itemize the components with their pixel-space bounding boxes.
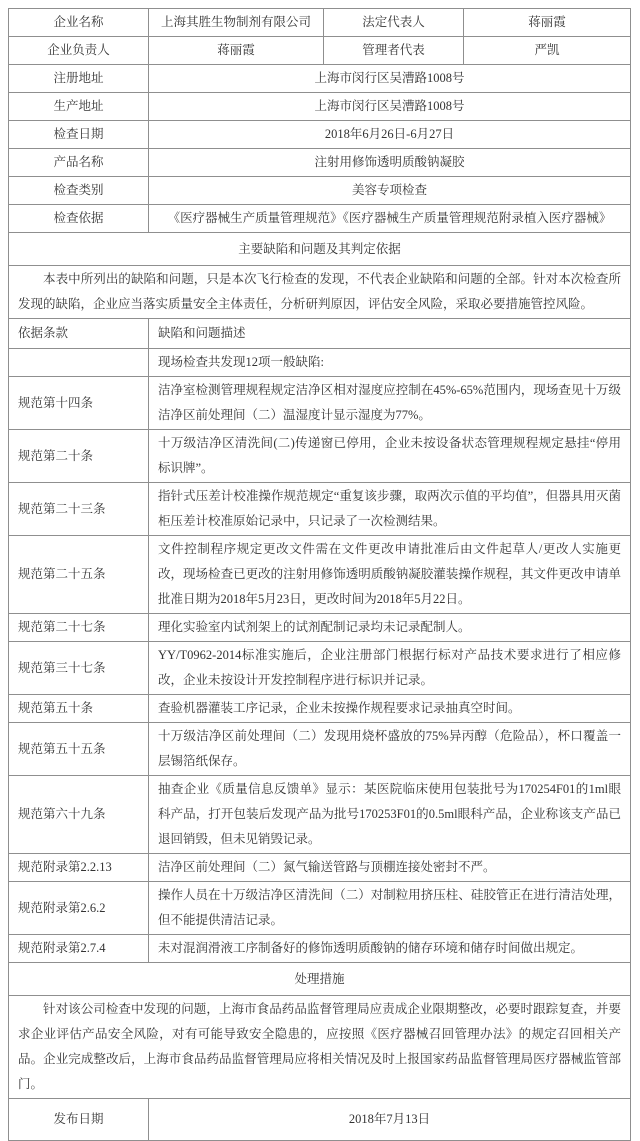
table-row-defects-intro: 本表中所列出的缺陷和问题，只是本次飞行检查的发现，不代表企业缺陷和问题的全部。针… xyxy=(9,266,631,319)
clause-column-header: 依据条款 xyxy=(9,319,149,349)
product-name-label: 产品名称 xyxy=(9,149,149,177)
defect-row: 规范第二十七条 理化实验室内试剂架上的试剂配制记录均未记录配制人。 xyxy=(9,614,631,642)
defect-row: 规范第五十五条 十万级洁净区前处理间（二）发现用烧杯盛放的75%异丙醇（危险品）… xyxy=(9,723,631,776)
defect-row: 规范附录第2.2.13 洁净区前处理间（二）氮气输送管路与顶棚连接处密封不严。 xyxy=(9,854,631,882)
legal-representative-value: 蒋丽霞 xyxy=(464,9,631,37)
defect-clause: 规范第二十七条 xyxy=(9,614,149,642)
defect-row: 规范第二十条 十万级洁净区清洗间(二)传递窗已停用，企业未按设备状态管理规程规定… xyxy=(9,430,631,483)
inspection-date-label: 检查日期 xyxy=(9,121,149,149)
release-date-value: 2018年7月13日 xyxy=(149,1099,631,1141)
defect-clause: 规范附录第2.7.4 xyxy=(9,935,149,963)
defect-description: 洁净室检测管理规程规定洁净区相对湿度应控制在45%-65%范围内，现场查见十万级… xyxy=(149,377,631,430)
defect-clause: 规范第三十七条 xyxy=(9,642,149,695)
measures-section-title: 处理措施 xyxy=(9,963,631,996)
defect-row: 规范第五十条 查验机器灌装工序记录，企业未按操作规程要求记录抽真空时间。 xyxy=(9,695,631,723)
defect-description: 理化实验室内试剂架上的试剂配制记录均未记录配制人。 xyxy=(149,614,631,642)
table-row-product-name: 产品名称 注射用修饰透明质酸钠凝胶 xyxy=(9,149,631,177)
inspection-basis-label: 检查依据 xyxy=(9,205,149,233)
company-name-label: 企业名称 xyxy=(9,9,149,37)
defect-row: 规范第二十五条 文件控制程序规定更改文件需在文件更改申请批准后由文件起草人/更改… xyxy=(9,536,631,614)
defect-description: 未对混润滑液工序制备好的修饰透明质酸钠的储存环境和储存时间做出规定。 xyxy=(149,935,631,963)
defect-description: 文件控制程序规定更改文件需在文件更改申请批准后由文件起草人/更改人实施更改，现场… xyxy=(149,536,631,614)
defects-summary: 现场检查共发现12项一般缺陷: xyxy=(149,349,631,377)
defect-row: 规范第二十三条 指针式压差计校准操作规范规定“重复该步骤，取两次示值的平均值”，… xyxy=(9,483,631,536)
defect-row: 规范附录第2.7.4 未对混润滑液工序制备好的修饰透明质酸钠的储存环境和储存时间… xyxy=(9,935,631,963)
production-address-value: 上海市闵行区吴漕路1008号 xyxy=(149,93,631,121)
defect-row: 规范第三十七条 YY/T0962-2014标准实施后，企业注册部门根据行标对产品… xyxy=(9,642,631,695)
inspection-type-value: 美容专项检查 xyxy=(149,177,631,205)
table-row-inspection-basis: 检查依据 《医疗器械生产质量管理规范》《医疗器械生产质量管理规范附录植入医疗器械… xyxy=(9,205,631,233)
defect-clause: 规范附录第2.2.13 xyxy=(9,854,149,882)
defect-clause: 规范第五十五条 xyxy=(9,723,149,776)
defect-row: 规范第十四条 洁净室检测管理规程规定洁净区相对湿度应控制在45%-65%范围内，… xyxy=(9,377,631,430)
defect-row: 规范附录第2.6.2 操作人员在十万级洁净区清洗间（二）对制粒用挤压柱、硅胶管正… xyxy=(9,882,631,935)
defect-clause: 规范第五十条 xyxy=(9,695,149,723)
release-date-label: 发布日期 xyxy=(9,1099,149,1141)
table-row-company-name: 企业名称 上海其胜生物制剂有限公司 法定代表人 蒋丽霞 xyxy=(9,9,631,37)
defect-clause: 规范第二十三条 xyxy=(9,483,149,536)
defect-clause: 规范第二十五条 xyxy=(9,536,149,614)
table-row-defects-summary: 现场检查共发现12项一般缺陷: xyxy=(9,349,631,377)
description-column-header: 缺陷和问题描述 xyxy=(149,319,631,349)
table-row-inspection-type: 检查类别 美容专项检查 xyxy=(9,177,631,205)
defect-description: YY/T0962-2014标准实施后，企业注册部门根据行标对产品技术要求进行了相… xyxy=(149,642,631,695)
defects-section-title: 主要缺陷和问题及其判定依据 xyxy=(9,233,631,266)
management-representative-value: 严凯 xyxy=(464,37,631,65)
defect-description: 十万级洁净区前处理间（二）发现用烧杯盛放的75%异丙醇（危险品），杯口覆盖一层锡… xyxy=(149,723,631,776)
defect-row: 规范第六十九条 抽查企业《质量信息反馈单》显示：某医院临床使用包装批号为1702… xyxy=(9,776,631,854)
table-row-defects-header: 依据条款 缺陷和问题描述 xyxy=(9,319,631,349)
legal-representative-label: 法定代表人 xyxy=(324,9,464,37)
defect-description: 操作人员在十万级洁净区清洗间（二）对制粒用挤压柱、硅胶管正在进行清洁处理，但不能… xyxy=(149,882,631,935)
defect-description: 抽查企业《质量信息反馈单》显示：某医院临床使用包装批号为170254F01的1m… xyxy=(149,776,631,854)
defect-clause: 规范第六十九条 xyxy=(9,776,149,854)
inspection-report-table: 企业名称 上海其胜生物制剂有限公司 法定代表人 蒋丽霞 企业负责人 蒋丽霞 管理… xyxy=(8,8,631,1141)
measures-paragraph: 针对该公司检查中发现的问题，上海市食品药品监督管理局应责成企业限期整改，必要时跟… xyxy=(9,996,631,1099)
inspection-type-label: 检查类别 xyxy=(9,177,149,205)
inspection-basis-value: 《医疗器械生产质量管理规范》《医疗器械生产质量管理规范附录植入医疗器械》 xyxy=(149,205,631,233)
registered-address-value: 上海市闵行区吴漕路1008号 xyxy=(149,65,631,93)
table-row-inspection-date: 检查日期 2018年6月26日-6月27日 xyxy=(9,121,631,149)
defect-description: 指针式压差计校准操作规范规定“重复该步骤，取两次示值的平均值”，但器具用灭菌柜压… xyxy=(149,483,631,536)
table-row-measures-content: 针对该公司检查中发现的问题，上海市食品药品监督管理局应责成企业限期整改，必要时跟… xyxy=(9,996,631,1099)
defect-clause: 规范第二十条 xyxy=(9,430,149,483)
table-row-registered-address: 注册地址 上海市闵行区吴漕路1008号 xyxy=(9,65,631,93)
product-name-value: 注射用修饰透明质酸钠凝胶 xyxy=(149,149,631,177)
company-head-value: 蒋丽霞 xyxy=(149,37,324,65)
defect-description: 洁净区前处理间（二）氮气输送管路与顶棚连接处密封不严。 xyxy=(149,854,631,882)
production-address-label: 生产地址 xyxy=(9,93,149,121)
table-row-measures-section-title: 处理措施 xyxy=(9,963,631,996)
table-row-defects-section-title: 主要缺陷和问题及其判定依据 xyxy=(9,233,631,266)
defect-clause-empty xyxy=(9,349,149,377)
company-name-value: 上海其胜生物制剂有限公司 xyxy=(149,9,324,37)
defect-description: 查验机器灌装工序记录，企业未按操作规程要求记录抽真空时间。 xyxy=(149,695,631,723)
management-representative-label: 管理者代表 xyxy=(324,37,464,65)
defects-intro-paragraph: 本表中所列出的缺陷和问题，只是本次飞行检查的发现，不代表企业缺陷和问题的全部。针… xyxy=(9,266,631,319)
table-row-company-head: 企业负责人 蒋丽霞 管理者代表 严凯 xyxy=(9,37,631,65)
table-row-production-address: 生产地址 上海市闵行区吴漕路1008号 xyxy=(9,93,631,121)
defect-description: 十万级洁净区清洗间(二)传递窗已停用，企业未按设备状态管理规程规定悬挂“停用标识… xyxy=(149,430,631,483)
inspection-report-document: 企业名称 上海其胜生物制剂有限公司 法定代表人 蒋丽霞 企业负责人 蒋丽霞 管理… xyxy=(0,0,640,1141)
registered-address-label: 注册地址 xyxy=(9,65,149,93)
table-row-release-date: 发布日期 2018年7月13日 xyxy=(9,1099,631,1141)
defect-clause: 规范附录第2.6.2 xyxy=(9,882,149,935)
defect-clause: 规范第十四条 xyxy=(9,377,149,430)
inspection-date-value: 2018年6月26日-6月27日 xyxy=(149,121,631,149)
company-head-label: 企业负责人 xyxy=(9,37,149,65)
